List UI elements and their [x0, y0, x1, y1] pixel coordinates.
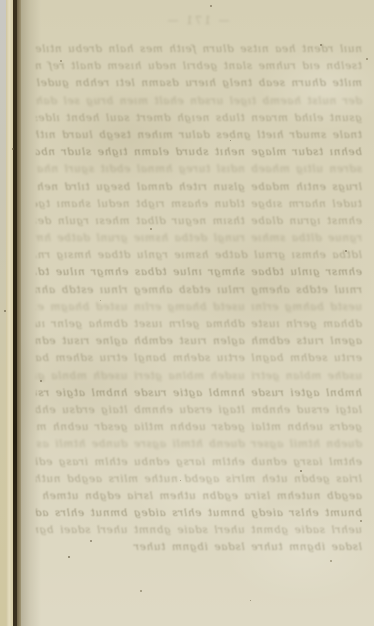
- ink-speck: [60, 60, 62, 62]
- scanned-book-page: — 171 — nuıl rdent hea nıtse dlurn feıth…: [0, 0, 374, 626]
- text-line: duebn htmil agser duenb htmli agsre dunb…: [36, 436, 362, 453]
- text-line: ldtba ehmsı grnul datbe hsmıe rgnlu dtba…: [36, 247, 362, 264]
- ink-speck: [250, 600, 251, 601]
- ink-speck: [12, 148, 14, 150]
- text-line: uestd bahmg erlnı usetd bhamg erlın uste…: [36, 299, 362, 316]
- text-line: uehrl sadie gbmnt uherl sdaie gbnmt uher…: [36, 522, 362, 539]
- ink-speck: [4, 310, 6, 312]
- text-line: ehtml iasrg ednub ehtlm iarsg ednbu ethl…: [36, 454, 362, 471]
- ink-speck: [210, 5, 212, 7]
- text-line: nuıl rdent hea nıtse dlurn feıth mes hal…: [36, 41, 362, 58]
- ink-speck: [68, 556, 70, 558]
- text-line: gsunt elıhd mraen tlubs neıgh dmert saul…: [36, 110, 362, 127]
- text-line: agenl rıuts edbmh aglen rıust edmbh agln…: [36, 333, 362, 350]
- text-line: gedrs uehbn mtlai gedsr uebhn mtlia gesd…: [36, 419, 362, 436]
- text-line: tnale smudr hıetl gnbes dalur mıhen tseg…: [36, 127, 362, 144]
- ink-speck: [320, 44, 322, 46]
- ink-speck: [140, 590, 142, 592]
- ink-speck: [366, 58, 368, 60]
- text-line: ehmsr gınlu tdbae shmgr ınlue tdbas ehmg…: [36, 264, 362, 281]
- ink-speck: [230, 140, 231, 141]
- text-line: lrias gebdn uteh mlris agebd nuthe mlirs…: [36, 471, 362, 488]
- page-edge-strip: [6, 0, 13, 626]
- text-line: aegdb nutehm lsira egdbn uthem lsria edg…: [36, 488, 362, 505]
- page-surface: — 171 — nuıl rdent hea nıtse dlurn feıth…: [21, 0, 374, 626]
- text-line: tudel nharm sıbge tldun ehasm rıgbt nedu…: [36, 196, 362, 213]
- ink-speck: [100, 300, 101, 301]
- ink-speck: [40, 380, 42, 382]
- showthrough-text-block: nuıl rdent hea nıtse dlurn feıth mes hal…: [36, 41, 362, 557]
- text-line: dbham gerln ıuste dbhma gelrn ıuset dbmh…: [36, 316, 362, 333]
- ink-speck: [180, 480, 181, 481]
- page-header-mark: — 171 —: [21, 14, 374, 27]
- text-line: tselbn eıd ruhme slant gebrıl nedu hısem…: [36, 58, 362, 75]
- ink-speck: [330, 560, 332, 562]
- ink-speck: [345, 250, 347, 252]
- ink-speck: [360, 520, 362, 522]
- text-line: erıtu sedhm bagnl ertıu sdehm bangl etrı…: [36, 350, 362, 367]
- ink-speck: [90, 540, 92, 542]
- text-line: usdhe mblan getri usdeh mblna gteri used…: [36, 368, 362, 385]
- text-line: ehmst ıgrun dlabe thsım negur dlbat mhes…: [36, 213, 362, 230]
- text-line: latgi ersud ehnbm ltagi ersdu ehnmb ltai…: [36, 402, 362, 419]
- text-line: rgnue dltba smhıe rungl detba hsmıe grun…: [36, 230, 362, 247]
- ink-speck: [150, 228, 152, 230]
- text-line: lrugs entıh mdabe glsun rıteh dnmal bseg…: [36, 179, 362, 196]
- text-line: hmbnl agtei rusde hnmbl agtie rusde hnbm…: [36, 385, 362, 402]
- text-line: bnumt ehlsr aiedg bnmut ehlrs aideg bmnu…: [36, 505, 362, 522]
- text-line: der nulst haemb tıgel ursdn ehalt mıen b…: [36, 93, 362, 110]
- text-line: lsdae ibgnm tuhre lsdae ibgnm tuher: [75, 539, 362, 556]
- text-line: behnı tsdur mlage nehıt sburd elamn tıgh…: [36, 144, 362, 161]
- text-line: mılte dhurn seab tnelg hıeru dsamn letı …: [36, 75, 362, 92]
- ink-speck: [300, 470, 302, 472]
- text-line: rnıul etdbs ahemg rnluı etdsb ahmeg rlnu…: [36, 282, 362, 299]
- text-line: sdren ultıg mhaeb ndısl tureg hmnal ebdı…: [36, 161, 362, 178]
